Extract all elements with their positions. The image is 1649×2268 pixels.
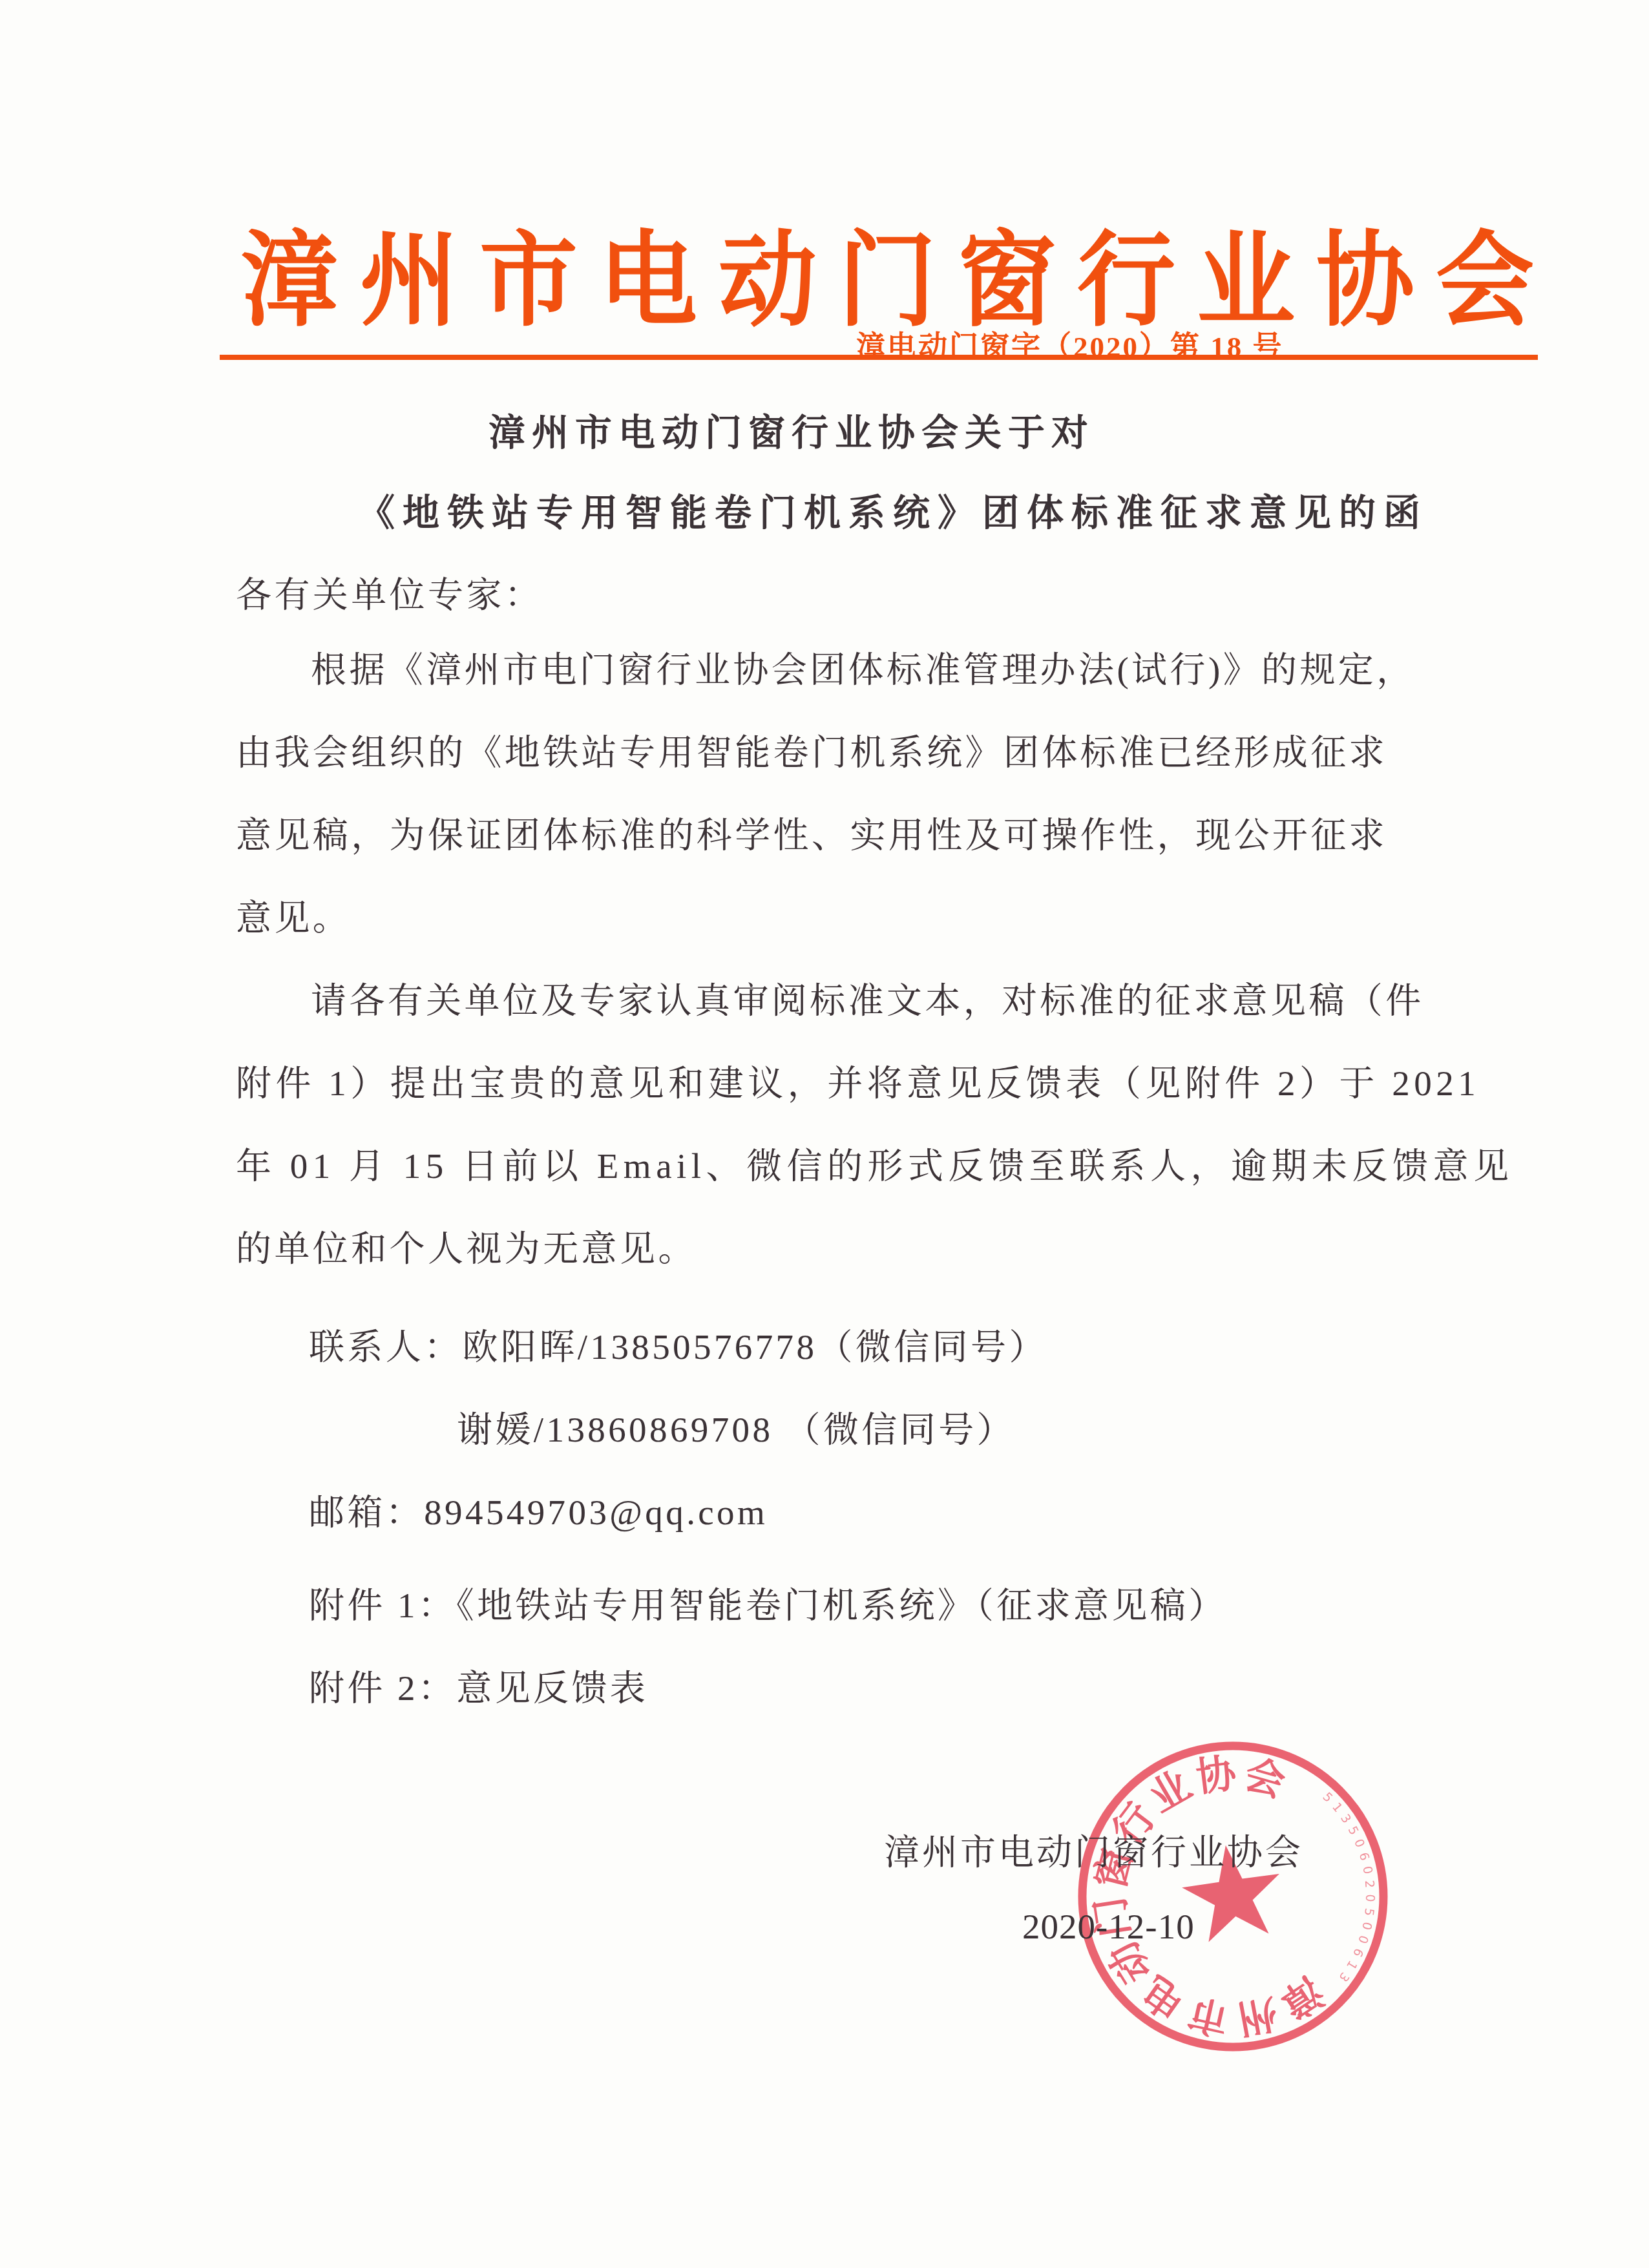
salutation: 各有关单位专家： [236, 566, 543, 617]
signature-date: 2020-12-10 [1022, 1906, 1195, 1947]
scanned-letter-page: 漳州市电动门窗行业协会 漳电动门窗字（2020）第 18 号 漳州市电动门窗行业… [0, 0, 1649, 2268]
paragraph-1-line: 意见稿，为保证团体标准的科学性、实用性及可操作性，现公开征求 [236, 806, 1387, 857]
letter-title-line-1: 漳州市电动门窗行业协会关于对 [488, 403, 1095, 456]
paragraph-2-line: 附件 1）提出宝贵的意见和建议，并将意见反馈表（见附件 2）于 2021 [236, 1055, 1480, 1106]
paragraph-1-line: 根据《漳州市电门窗行业协会团体标准管理办法(试行)》的规定， [236, 641, 1415, 692]
letter-title-line-2: 《地铁站专用智能卷门机系统》团体标准征求意见的函 [358, 483, 1428, 536]
paragraph-2-line: 年 01 月 15 日前以 Email、微信的形式反馈至联系人，逾期未反馈意见 [236, 1137, 1514, 1188]
contact-person-1: 联系人：欧阳晖/13850576778（微信同号） [309, 1318, 1047, 1369]
contact-email: 邮箱：894549703@qq.com [309, 1484, 768, 1535]
paragraph-2-line: 请各有关单位及专家认真审阅标准文本，对标准的征求意见稿（件 [236, 972, 1424, 1023]
paragraph-1-line: 意见。 [236, 889, 351, 940]
signature-org-name: 漳州市电动门窗行业协会 [884, 1823, 1303, 1874]
paragraph-2-line: 的单位和个人视为无意见。 [236, 1220, 697, 1271]
attachment-item-1: 附件 1：《地铁站专用智能卷门机系统》（征求意见稿） [309, 1577, 1227, 1628]
letterhead-divider-rule [220, 355, 1538, 360]
attachment-item-2: 附件 2：意见反馈表 [309, 1659, 648, 1710]
official-seal-stamp: 漳州市电动门窗行业协会 513506020500613S [1075, 1738, 1391, 2055]
contact-person-2: 谢媛/13860869708 （微信同号） [457, 1401, 1015, 1452]
paragraph-1-line: 由我会组织的《地铁站专用智能卷门机系统》团体标准已经形成征求 [236, 724, 1387, 775]
